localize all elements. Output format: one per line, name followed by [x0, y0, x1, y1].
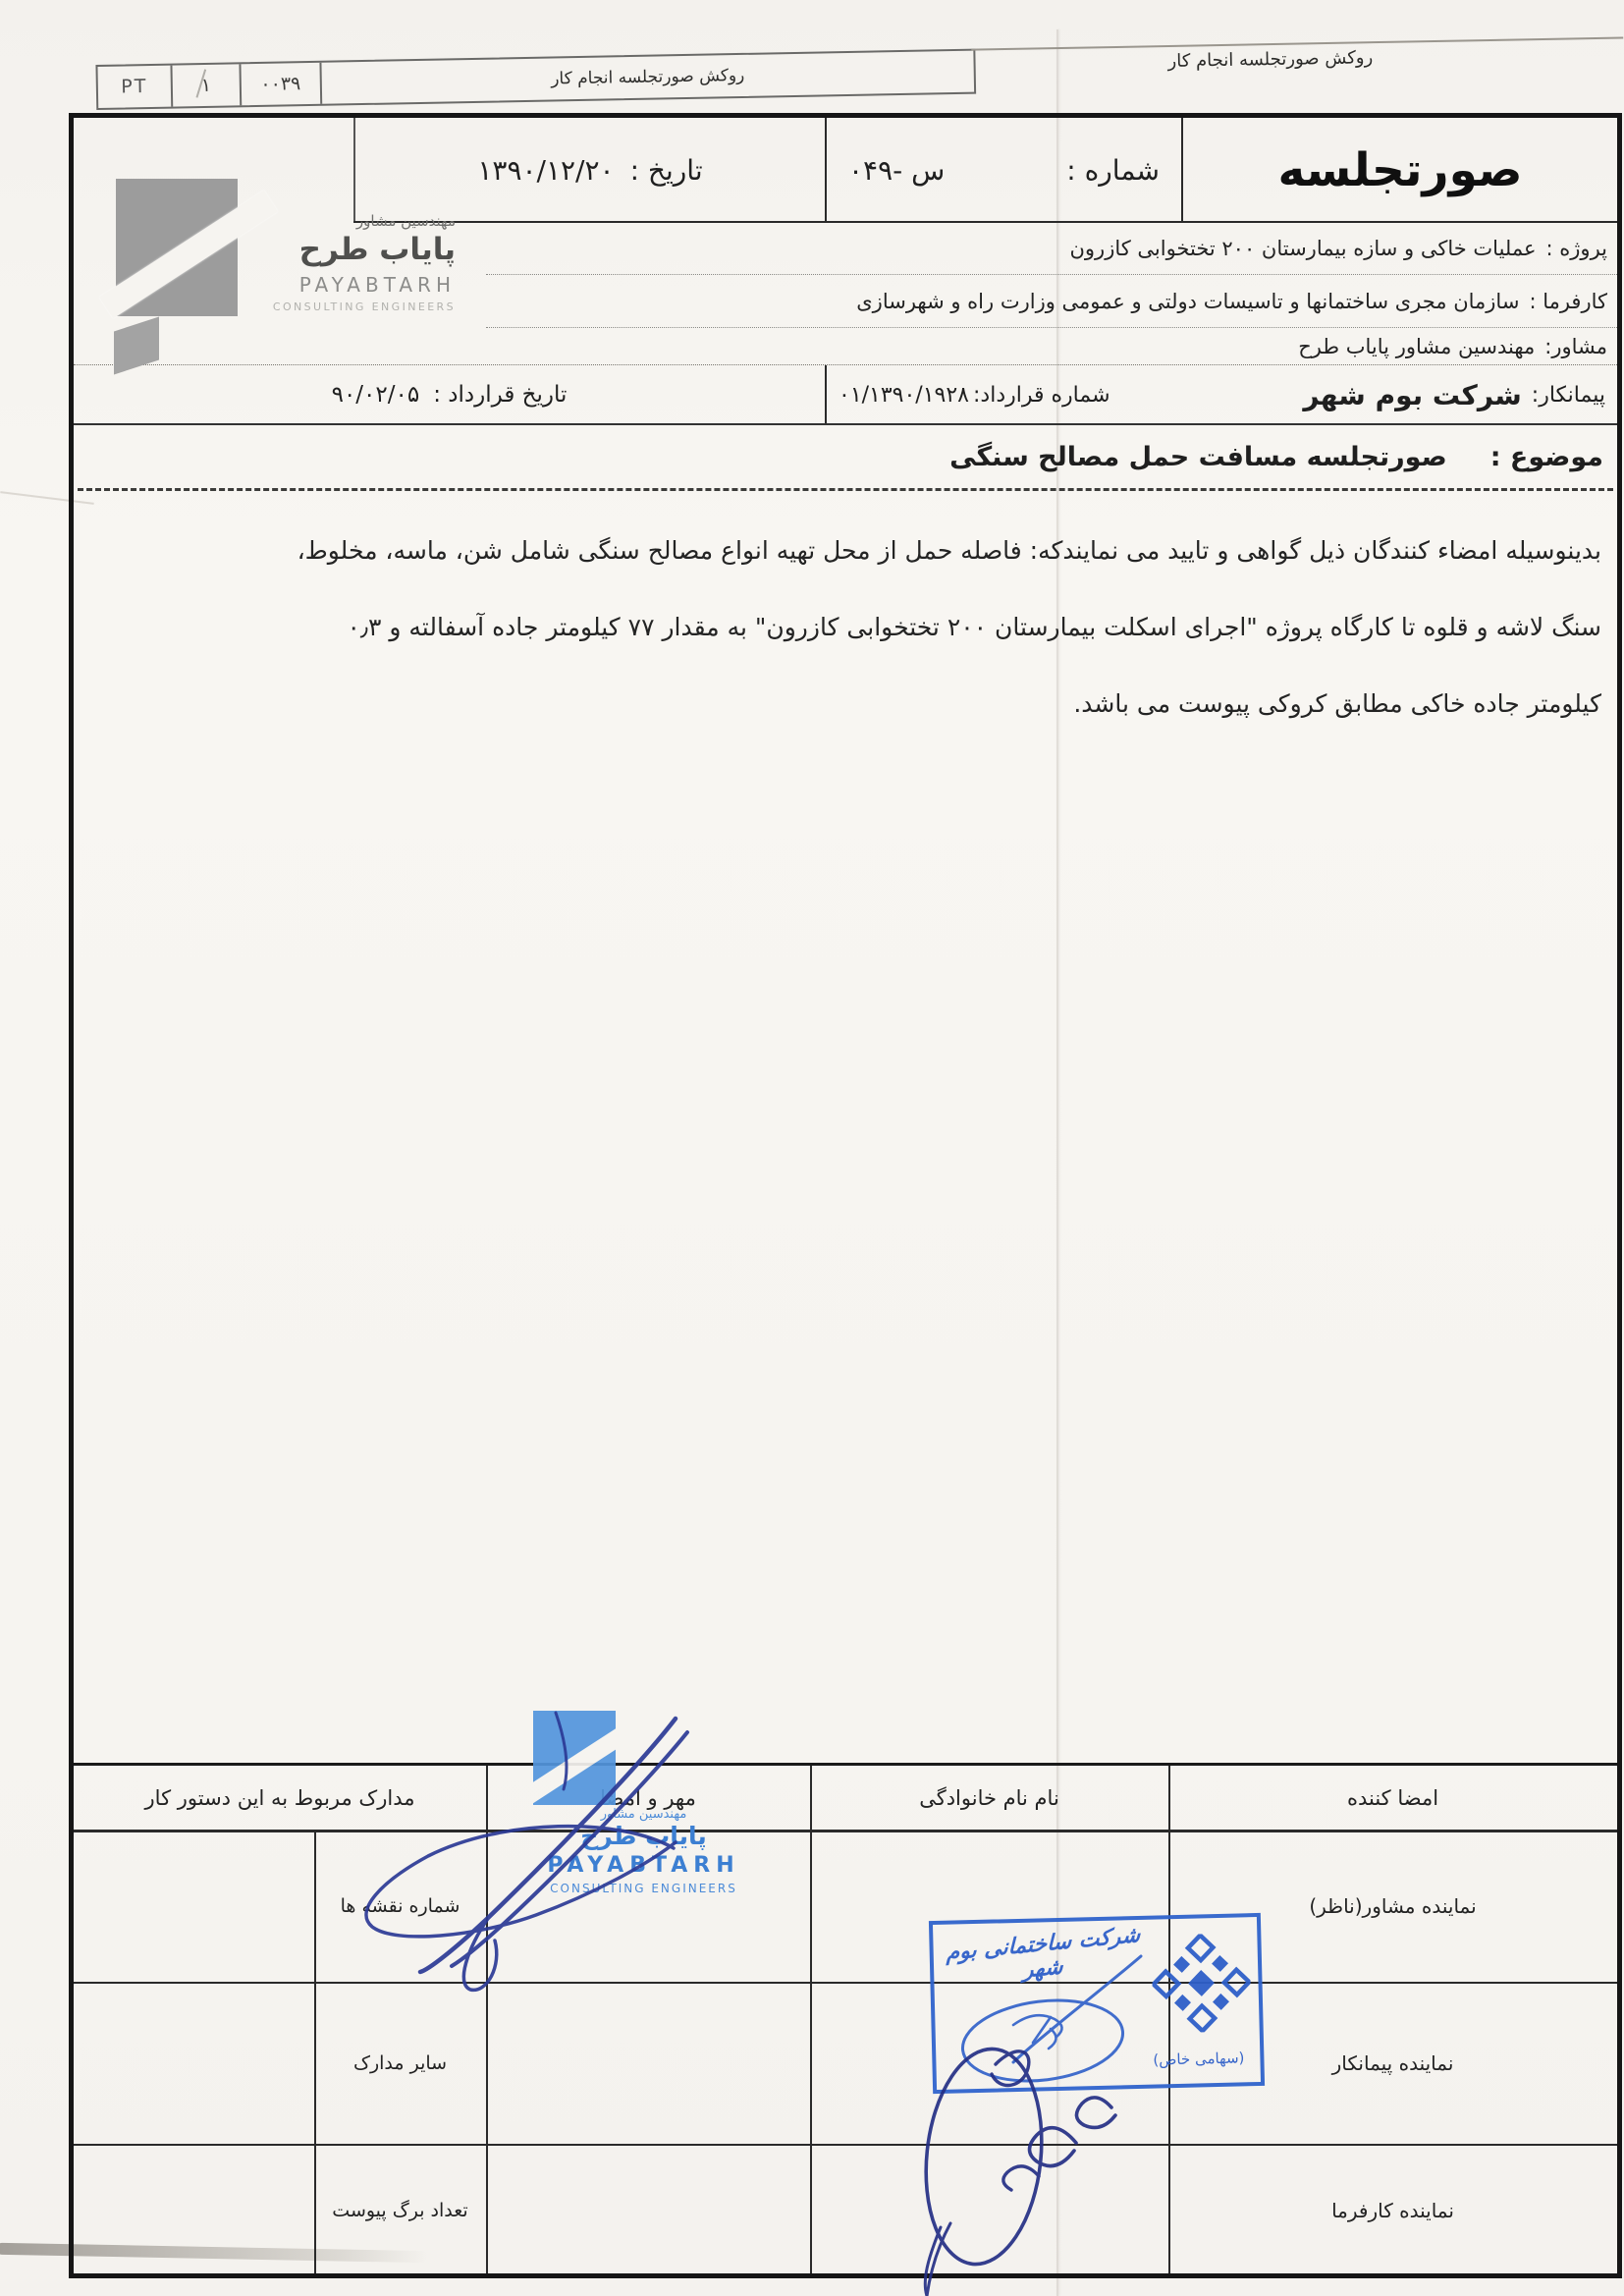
- contract-no-value: ۰۱/۱۳۹۰/۱۹۲۸: [839, 383, 969, 408]
- boomshahr-company-type: (سهامی خاص): [1153, 2049, 1244, 2068]
- subject-divider: [78, 488, 1613, 491]
- boomshahr-company-name: شرکت ساختمانی بوم شهر: [938, 1922, 1149, 1992]
- contract-date-cell: تاریخ قرارداد : ۹۰/۰۲/۰۵: [74, 365, 825, 424]
- number-label: شماره :: [1066, 154, 1160, 187]
- client-label: کارفرما :: [1529, 290, 1607, 313]
- payabtarh-stamp-text: مهندسین مشاور پایاب طرح PAYABTARH CONSUL…: [528, 1807, 759, 1895]
- signature-table: امضا کننده نام نام خانوادگی مهر و امضا م…: [74, 1763, 1617, 2273]
- logo-tagline: مهندسین مشاور: [356, 212, 456, 230]
- scanned-minutes-page: { "top_strip": { "code": "PT", "seq": "۱…: [0, 0, 1624, 2296]
- table-row-contractor-doc: سایر مدارک: [314, 1982, 486, 2144]
- consultant-label: مشاور:: [1544, 335, 1607, 358]
- boomshahr-stamp: شرکت ساختمانی بوم شهر (سهامی خاص): [929, 1913, 1265, 2094]
- logo-subtitle-en: CONSULTING ENGINEERS: [273, 301, 456, 313]
- number-value: ۰۴۹- س: [848, 154, 945, 187]
- subject-row: موضوع : صورتجلسه مسافت حمل مصالح سنگی: [74, 424, 1617, 489]
- contractor-label: پیمانکار:: [1532, 383, 1605, 408]
- project-value: عملیات خاکی و سازه بیمارستان ۲۰۰ تختخواب…: [1069, 237, 1536, 260]
- stamp-tagline: مهندسین مشاور: [601, 1807, 687, 1822]
- date-cell: تاریخ : ۱۳۹۰/۱۲/۲۰: [353, 118, 825, 223]
- col-header-signer: امضا کننده: [1168, 1766, 1617, 1830]
- subject-label: موضوع :: [1490, 442, 1603, 472]
- form-number-cell: ۰۰۳۹: [241, 63, 322, 105]
- body-line-3: کیلومتر جاده خاکی مطابق کروکی پیوست می ب…: [89, 666, 1601, 742]
- project-row: پروژه : عملیات خاکی و سازه بیمارستان ۲۰۰…: [486, 223, 1617, 275]
- client-row: کارفرما : سازمان مجری ساختمانها و تاسیسا…: [486, 275, 1617, 328]
- table-row-employer-signer: نماینده کارفرما: [1168, 2144, 1617, 2276]
- top-strip-right-title: روکش صورتجلسه انجام کار: [1167, 47, 1373, 72]
- document-title: صورتجلسه: [1183, 118, 1617, 223]
- stamp-name-fa: پایاب طرح: [580, 1822, 707, 1850]
- logo-name-en: PAYABTARH: [299, 273, 456, 297]
- top-strip-box: PT ۱ ۰۰۳۹ روکش صورتجلسه انجام کار: [95, 49, 976, 110]
- consultant-value: مهندسین مشاور پایاب طرح: [1298, 335, 1535, 358]
- subject-value: صورتجلسه مسافت حمل مصالح سنگی: [949, 442, 1447, 472]
- payabtarh-logo-icon: [116, 179, 238, 316]
- project-label: پروژه :: [1546, 237, 1607, 260]
- top-strip: PT ۱ ۰۰۳۹ روکش صورتجلسه انجام کار روکش ص…: [95, 36, 1624, 124]
- stamp-subtitle-en: CONSULTING ENGINEERS: [550, 1882, 737, 1895]
- top-strip-title: روکش صورتجلسه انجام کار: [321, 51, 974, 104]
- date-value: ۱۳۹۰/۱۲/۲۰: [477, 154, 614, 187]
- document-frame: صورتجلسه شماره : ۰۴۹- س تاریخ : ۱۳۹۰/۱۲/…: [69, 113, 1622, 2278]
- logo-name-fa: پایاب طرح: [299, 232, 456, 267]
- contract-no-label: شماره قرارداد:: [973, 383, 1110, 408]
- body-paragraph: بدینوسیله امضاء کنندگان ذیل گواهی و تایی…: [89, 513, 1601, 742]
- stamp-name-en: PAYABTARH: [547, 1853, 739, 1878]
- client-value: سازمان مجری ساختمانها و تاسیسات دولتی و …: [856, 290, 1519, 313]
- stamp-diagonal-band: [533, 1716, 616, 1805]
- date-label: تاریخ :: [630, 154, 703, 187]
- contract-date-value: ۹۰/۰۲/۰۵: [332, 382, 420, 408]
- boomshahr-ornament-icon: [1151, 1933, 1251, 2033]
- body-line-1: بدینوسیله امضاء کنندگان ذیل گواهی و تایی…: [89, 513, 1601, 589]
- payabtarh-logo-text: مهندسین مشاور پایاب طرح PAYABTARH CONSUL…: [234, 212, 456, 313]
- body-line-2: سنگ لاشه و قلوه تا کارگاه پروژه "اجرای ا…: [89, 589, 1601, 666]
- table-row-consultant-doc: شماره نقشه ها: [314, 1830, 486, 1982]
- contract-date-label: تاریخ قرارداد :: [433, 382, 567, 408]
- consultant-row: مشاور: مهندسین مشاور پایاب طرح: [486, 328, 1617, 365]
- form-seq-cell: ۱: [172, 64, 242, 106]
- table-row-employer-doc: تعداد برگ پیوست: [314, 2144, 486, 2276]
- col-header-name: نام نام خانوادگی: [810, 1766, 1168, 1830]
- number-cell: شماره : ۰۴۹- س: [825, 118, 1183, 223]
- contractor-cell: پیمانکار: شرکت بوم شهر شماره قرارداد: ۰۱…: [825, 365, 1617, 424]
- payabtarh-stamp-icon: [533, 1711, 616, 1805]
- col-header-documents: مدارک مربوط به این دستور کار: [74, 1766, 486, 1830]
- contractor-value: شرکت بوم شهر: [1303, 379, 1521, 411]
- form-code-cell: PT: [97, 66, 173, 108]
